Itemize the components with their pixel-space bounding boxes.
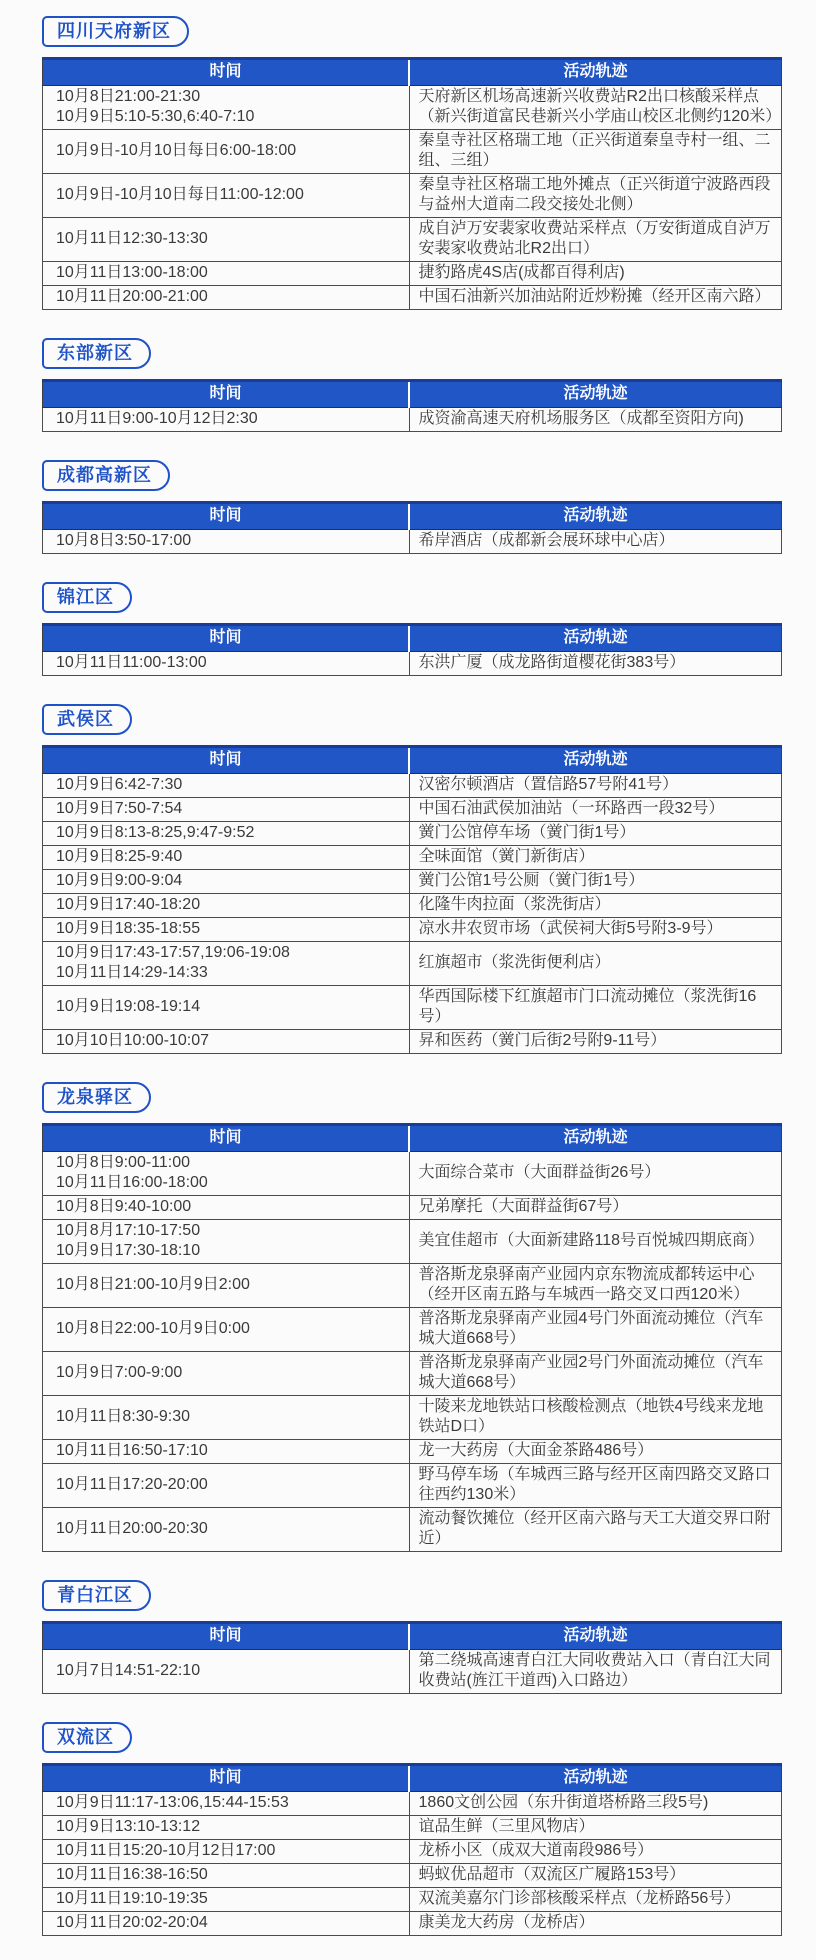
time-cell: 10月8日21:00-21:30 10月9日5:10-5:30,6:40-7:1…: [43, 86, 410, 130]
column-header-time: 时间: [43, 1125, 410, 1152]
table-body: 10月8日21:00-21:30 10月9日5:10-5:30,6:40-7:1…: [43, 86, 782, 310]
table-row: 10月9日11:17-13:06,15:44-15:531860文创公园（东升街…: [43, 1792, 782, 1816]
district-badge: 东部新区: [42, 338, 151, 369]
time-cell: 10月8日21:00-10月9日2:00: [43, 1264, 410, 1308]
column-header-activity: 活动轨迹: [409, 381, 781, 408]
activity-cell: 天府新区机场高速新兴收费站R2出口核酸采样点（新兴街道富民巷新兴小学庙山校区北侧…: [409, 86, 781, 130]
table-row: 10月8日9:40-10:00兄弟摩托（大面群益街67号）: [43, 1196, 782, 1220]
activity-cell: 龙桥小区（成双大道南段986号）: [409, 1840, 781, 1864]
column-header-activity: 活动轨迹: [409, 1623, 781, 1650]
activity-cell: 普洛斯龙泉驿南产业园内京东物流成都转运中心（经开区南五路与车城西一路交叉口西12…: [409, 1264, 781, 1308]
table-row: 10月8日9:00-11:00 10月11日16:00-18:00大面综合菜市（…: [43, 1152, 782, 1196]
time-cell: 10月9日6:42-7:30: [43, 774, 410, 798]
table-row: 10月11日13:00-18:00捷豹路虎4S店(成都百得利店): [43, 262, 782, 286]
district-badge-label: 武侯区: [57, 709, 114, 729]
table-row: 10月11日8:30-9:30十陵来龙地铁站口核酸检测点（地铁4号线来龙地铁站D…: [43, 1396, 782, 1440]
district-section: 武侯区 时间 活动轨迹 10月9日6:42-7:30汉密尔顿酒店（置信路57号附…: [42, 704, 782, 1054]
table-row: 10月9日7:50-7:54中国石油武侯加油站（一环路西一段32号）: [43, 798, 782, 822]
activity-cell: 秦皇寺社区格瑞工地（正兴街道秦皇寺村一组、二组、三组）: [409, 130, 781, 174]
activity-cell: 美宜佳超市（大面新建路118号百悦城四期底商）: [409, 1220, 781, 1264]
column-header-time: 时间: [43, 747, 410, 774]
time-cell: 10月9日17:40-18:20: [43, 894, 410, 918]
table-row: 10月8日3:50-17:00希岸酒店（成都新会展环球中心店）: [43, 530, 782, 554]
activity-cell: 红旗超市（浆洗街便利店）: [409, 942, 781, 986]
table-body: 10月9日11:17-13:06,15:44-15:531860文创公园（东升街…: [43, 1792, 782, 1936]
time-cell: 10月11日12:30-13:30: [43, 218, 410, 262]
trace-report-content: 四川天府新区 时间 活动轨迹 10月8日21:00-21:30 10月9日5:1…: [0, 0, 816, 1960]
activity-cell: 1860文创公园（东升街道塔桥路三段5号): [409, 1792, 781, 1816]
column-header-activity: 活动轨迹: [409, 747, 781, 774]
table-row: 10月11日20:02-20:04康美龙大药房（龙桥店）: [43, 1912, 782, 1936]
time-cell: 10月8月17:10-17:50 10月9日17:30-18:10: [43, 1220, 410, 1264]
table-row: 10月11日9:00-10月12日2:30成资渝高速天府机场服务区（成都至资阳方…: [43, 408, 782, 432]
trace-table: 时间 活动轨迹 10月11日9:00-10月12日2:30成资渝高速天府机场服务…: [42, 379, 782, 432]
activity-cell: 野马停车场（车城西三路与经开区南四路交叉路口往西约130米）: [409, 1464, 781, 1508]
time-cell: 10月9日9:00-9:04: [43, 870, 410, 894]
table-row: 10月9日8:25-9:40全味面馆（黉门新街店）: [43, 846, 782, 870]
activity-cell: 普洛斯龙泉驿南产业园2号门外面流动摊位（汽车城大道668号）: [409, 1352, 781, 1396]
table-row: 10月11日20:00-21:00中国石油新兴加油站附近炒粉摊（经开区南六路）: [43, 286, 782, 310]
time-cell: 10月11日13:00-18:00: [43, 262, 410, 286]
table-header-row: 时间 活动轨迹: [43, 381, 782, 408]
trace-table: 时间 活动轨迹 10月11日11:00-13:00东洪广厦（成龙路街道樱花街38…: [42, 623, 782, 676]
activity-cell: 成自泸万安裴家收费站采样点（万安街道成自泸万安裴家收费站北R2出口）: [409, 218, 781, 262]
district-badge: 锦江区: [42, 582, 132, 613]
table-row: 10月11日20:00-20:30流动餐饮摊位（经开区南六路与天工大道交界口附近…: [43, 1508, 782, 1552]
table-row: 10月11日16:50-17:10龙一大药房（大面金茶路486号）: [43, 1440, 782, 1464]
activity-cell: 龙一大药房（大面金茶路486号）: [409, 1440, 781, 1464]
table-row: 10月11日11:00-13:00东洪广厦（成龙路街道樱花街383号）: [43, 652, 782, 676]
table-header-row: 时间 活动轨迹: [43, 747, 782, 774]
activity-cell: 流动餐饮摊位（经开区南六路与天工大道交界口附近）: [409, 1508, 781, 1552]
activity-cell: 康美龙大药房（龙桥店）: [409, 1912, 781, 1936]
column-header-time: 时间: [43, 59, 410, 86]
table-row: 10月9日8:13-8:25,9:47-9:52黉门公馆停车场（黉门街1号）: [43, 822, 782, 846]
time-cell: 10月9日8:25-9:40: [43, 846, 410, 870]
table-row: 10月8日21:00-10月9日2:00普洛斯龙泉驿南产业园内京东物流成都转运中…: [43, 1264, 782, 1308]
district-section: 四川天府新区 时间 活动轨迹 10月8日21:00-21:30 10月9日5:1…: [42, 16, 782, 310]
time-cell: 10月8日3:50-17:00: [43, 530, 410, 554]
column-header-time: 时间: [43, 1623, 410, 1650]
table-row: 10月9日-10月10日每日11:00-12:00秦皇寺社区格瑞工地外摊点（正兴…: [43, 174, 782, 218]
district-badge-label: 青白江区: [57, 1585, 133, 1605]
table-body: 10月8日3:50-17:00希岸酒店（成都新会展环球中心店）: [43, 530, 782, 554]
district-badge-label: 四川天府新区: [57, 21, 171, 41]
trace-table: 时间 活动轨迹 10月9日6:42-7:30汉密尔顿酒店（置信路57号附41号）…: [42, 745, 782, 1054]
time-cell: 10月9日8:13-8:25,9:47-9:52: [43, 822, 410, 846]
time-cell: 10月10日10:00-10:07: [43, 1030, 410, 1054]
table-row: 10月11日12:30-13:30成自泸万安裴家收费站采样点（万安街道成自泸万安…: [43, 218, 782, 262]
district-badge-label: 龙泉驿区: [57, 1087, 133, 1107]
trace-table: 时间 活动轨迹 10月8日9:00-11:00 10月11日16:00-18:0…: [42, 1123, 782, 1552]
table-row: 10月11日15:20-10月12日17:00龙桥小区（成双大道南段986号）: [43, 1840, 782, 1864]
column-header-time: 时间: [43, 503, 410, 530]
activity-cell: 第二绕城高速青白江大同收费站入口（青白江大同收费站(旌江干道西)入口路边）: [409, 1650, 781, 1694]
activity-cell: 大面综合菜市（大面群益街26号）: [409, 1152, 781, 1196]
column-header-time: 时间: [43, 625, 410, 652]
time-cell: 10月11日15:20-10月12日17:00: [43, 1840, 410, 1864]
activity-cell: 汉密尔顿酒店（置信路57号附41号）: [409, 774, 781, 798]
activity-cell: 成资渝高速天府机场服务区（成都至资阳方向): [409, 408, 781, 432]
time-cell: 10月9日13:10-13:12: [43, 1816, 410, 1840]
time-cell: 10月9日17:43-17:57,19:06-19:08 10月11日14:29…: [43, 942, 410, 986]
table-body: 10月9日6:42-7:30汉密尔顿酒店（置信路57号附41号）10月9日7:5…: [43, 774, 782, 1054]
table-body: 10月11日11:00-13:00东洪广厦（成龙路街道樱花街383号）: [43, 652, 782, 676]
activity-cell: 黉门公馆停车场（黉门街1号）: [409, 822, 781, 846]
time-cell: 10月11日17:20-20:00: [43, 1464, 410, 1508]
time-cell: 10月8日22:00-10月9日0:00: [43, 1308, 410, 1352]
table-header-row: 时间 活动轨迹: [43, 59, 782, 86]
district-section: 青白江区 时间 活动轨迹 10月7日14:51-22:10第二绕城高速青白江大同…: [42, 1580, 782, 1694]
time-cell: 10月11日16:38-16:50: [43, 1864, 410, 1888]
column-header-activity: 活动轨迹: [409, 1125, 781, 1152]
trace-table: 时间 活动轨迹 10月8日3:50-17:00希岸酒店（成都新会展环球中心店）: [42, 501, 782, 554]
activity-cell: 普洛斯龙泉驿南产业园4号门外面流动摊位（汽车城大道668号）: [409, 1308, 781, 1352]
table-row: 10月9日9:00-9:04黉门公馆1号公厕（黉门街1号）: [43, 870, 782, 894]
activity-cell: 捷豹路虎4S店(成都百得利店): [409, 262, 781, 286]
activity-cell: 化隆牛肉拉面（浆洗街店）: [409, 894, 781, 918]
time-cell: 10月11日11:00-13:00: [43, 652, 410, 676]
table-row: 10月9日18:35-18:55凉水井农贸市场（武侯祠大街5号附3-9号）: [43, 918, 782, 942]
time-cell: 10月9日7:50-7:54: [43, 798, 410, 822]
time-cell: 10月11日20:02-20:04: [43, 1912, 410, 1936]
column-header-time: 时间: [43, 1765, 410, 1792]
table-row: 10月9日6:42-7:30汉密尔顿酒店（置信路57号附41号）: [43, 774, 782, 798]
district-section: 东部新区 时间 活动轨迹 10月11日9:00-10月12日2:30成资渝高速天…: [42, 338, 782, 432]
district-badge: 四川天府新区: [42, 16, 189, 47]
activity-cell: 中国石油新兴加油站附近炒粉摊（经开区南六路）: [409, 286, 781, 310]
time-cell: 10月11日8:30-9:30: [43, 1396, 410, 1440]
table-row: 10月8月17:10-17:50 10月9日17:30-18:10美宜佳超市（大…: [43, 1220, 782, 1264]
district-section: 锦江区 时间 活动轨迹 10月11日11:00-13:00东洪广厦（成龙路街道樱…: [42, 582, 782, 676]
table-row: 10月11日16:38-16:50蚂蚁优品超市（双流区广履路153号）: [43, 1864, 782, 1888]
time-cell: 10月9日7:00-9:00: [43, 1352, 410, 1396]
trace-table: 时间 活动轨迹 10月7日14:51-22:10第二绕城高速青白江大同收费站入口…: [42, 1621, 782, 1694]
district-badge: 武侯区: [42, 704, 132, 735]
page: { "page": { "language": "zh-CN", "backgr…: [0, 0, 816, 1960]
time-cell: 10月9日11:17-13:06,15:44-15:53: [43, 1792, 410, 1816]
activity-cell: 秦皇寺社区格瑞工地外摊点（正兴街道宁波路西段与益州大道南二段交接处北侧）: [409, 174, 781, 218]
table-row: 10月9日-10月10日每日6:00-18:00秦皇寺社区格瑞工地（正兴街道秦皇…: [43, 130, 782, 174]
activity-cell: 兄弟摩托（大面群益街67号）: [409, 1196, 781, 1220]
district-badge: 双流区: [42, 1722, 132, 1753]
activity-cell: 全味面馆（黉门新街店）: [409, 846, 781, 870]
activity-cell: 黉门公馆1号公厕（黉门街1号）: [409, 870, 781, 894]
activity-cell: 东洪广厦（成龙路街道樱花街383号）: [409, 652, 781, 676]
table-header-row: 时间 活动轨迹: [43, 1765, 782, 1792]
activity-cell: 双流美嘉尔门诊部核酸采样点（龙桥路56号）: [409, 1888, 781, 1912]
table-row: 10月9日19:08-19:14华西国际楼下红旗超市门口流动摊位（浆洗街16号）: [43, 986, 782, 1030]
district-badge: 龙泉驿区: [42, 1082, 151, 1113]
time-cell: 10月9日19:08-19:14: [43, 986, 410, 1030]
activity-cell: 凉水井农贸市场（武侯祠大街5号附3-9号）: [409, 918, 781, 942]
time-cell: 10月8日9:00-11:00 10月11日16:00-18:00: [43, 1152, 410, 1196]
time-cell: 10月7日14:51-22:10: [43, 1650, 410, 1694]
time-cell: 10月11日20:00-21:00: [43, 286, 410, 310]
table-row: 10月11日19:10-19:35双流美嘉尔门诊部核酸采样点（龙桥路56号）: [43, 1888, 782, 1912]
table-row: 10月9日13:10-13:12谊品生鲜（三里风物店）: [43, 1816, 782, 1840]
activity-cell: 十陵来龙地铁站口核酸检测点（地铁4号线来龙地铁站D口）: [409, 1396, 781, 1440]
time-cell: 10月11日9:00-10月12日2:30: [43, 408, 410, 432]
table-row: 10月9日17:40-18:20化隆牛肉拉面（浆洗街店）: [43, 894, 782, 918]
district-badge-label: 东部新区: [57, 343, 133, 363]
column-header-time: 时间: [43, 381, 410, 408]
activity-cell: 中国石油武侯加油站（一环路西一段32号）: [409, 798, 781, 822]
table-row: 10月9日17:43-17:57,19:06-19:08 10月11日14:29…: [43, 942, 782, 986]
time-cell: 10月11日20:00-20:30: [43, 1508, 410, 1552]
district-section: 成都高新区 时间 活动轨迹 10月8日3:50-17:00希岸酒店（成都新会展环…: [42, 460, 782, 554]
table-body: 10月11日9:00-10月12日2:30成资渝高速天府机场服务区（成都至资阳方…: [43, 408, 782, 432]
table-header-row: 时间 活动轨迹: [43, 1623, 782, 1650]
time-cell: 10月9日-10月10日每日6:00-18:00: [43, 130, 410, 174]
time-cell: 10月9日-10月10日每日11:00-12:00: [43, 174, 410, 218]
table-row: 10月10日10:00-10:07昇和医药（黉门后街2号附9-11号）: [43, 1030, 782, 1054]
table-row: 10月8日22:00-10月9日0:00普洛斯龙泉驿南产业园4号门外面流动摊位（…: [43, 1308, 782, 1352]
column-header-activity: 活动轨迹: [409, 503, 781, 530]
district-badge: 成都高新区: [42, 460, 170, 491]
column-header-activity: 活动轨迹: [409, 1765, 781, 1792]
district-section: 龙泉驿区 时间 活动轨迹 10月8日9:00-11:00 10月11日16:00…: [42, 1082, 782, 1552]
district-badge-label: 双流区: [57, 1727, 114, 1747]
table-body: 10月7日14:51-22:10第二绕城高速青白江大同收费站入口（青白江大同收费…: [43, 1650, 782, 1694]
table-row: 10月9日7:00-9:00普洛斯龙泉驿南产业园2号门外面流动摊位（汽车城大道6…: [43, 1352, 782, 1396]
activity-cell: 希岸酒店（成都新会展环球中心店）: [409, 530, 781, 554]
district-section: 双流区 时间 活动轨迹 10月9日11:17-13:06,15:44-15:53…: [42, 1722, 782, 1936]
activity-cell: 华西国际楼下红旗超市门口流动摊位（浆洗街16号）: [409, 986, 781, 1030]
table-header-row: 时间 活动轨迹: [43, 1125, 782, 1152]
table-row: 10月11日17:20-20:00野马停车场（车城西三路与经开区南四路交叉路口往…: [43, 1464, 782, 1508]
time-cell: 10月11日19:10-19:35: [43, 1888, 410, 1912]
column-header-activity: 活动轨迹: [409, 625, 781, 652]
trace-table: 时间 活动轨迹 10月9日11:17-13:06,15:44-15:531860…: [42, 1763, 782, 1936]
district-badge-label: 成都高新区: [57, 465, 152, 485]
time-cell: 10月8日9:40-10:00: [43, 1196, 410, 1220]
activity-cell: 谊品生鲜（三里风物店）: [409, 1816, 781, 1840]
table-row: 10月8日21:00-21:30 10月9日5:10-5:30,6:40-7:1…: [43, 86, 782, 130]
time-cell: 10月9日18:35-18:55: [43, 918, 410, 942]
column-header-activity: 活动轨迹: [409, 59, 781, 86]
table-header-row: 时间 活动轨迹: [43, 625, 782, 652]
district-badge-label: 锦江区: [57, 587, 114, 607]
time-cell: 10月11日16:50-17:10: [43, 1440, 410, 1464]
trace-table: 时间 活动轨迹 10月8日21:00-21:30 10月9日5:10-5:30,…: [42, 57, 782, 310]
table-row: 10月7日14:51-22:10第二绕城高速青白江大同收费站入口（青白江大同收费…: [43, 1650, 782, 1694]
table-header-row: 时间 活动轨迹: [43, 503, 782, 530]
activity-cell: 蚂蚁优品超市（双流区广履路153号）: [409, 1864, 781, 1888]
district-badge: 青白江区: [42, 1580, 151, 1611]
table-body: 10月8日9:00-11:00 10月11日16:00-18:00大面综合菜市（…: [43, 1152, 782, 1552]
activity-cell: 昇和医药（黉门后街2号附9-11号）: [409, 1030, 781, 1054]
